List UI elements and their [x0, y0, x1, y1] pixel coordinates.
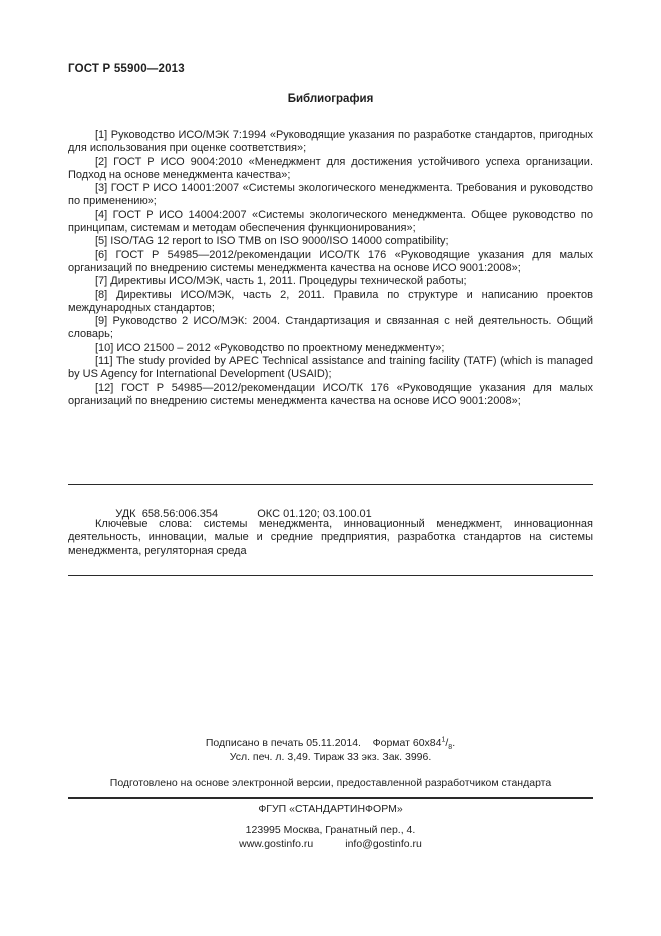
publisher-address: 123995 Москва, Гранатный пер., 4. [68, 824, 593, 837]
publisher-contacts: www.gostinfo.ru info@gostinfo.ru [68, 838, 593, 851]
page-body: ГОСТ Р 55900—2013 Библиография [1] Руков… [0, 0, 661, 408]
keywords-divider [68, 575, 593, 576]
bibliography-item: [12] ГОСТ Р 54985—2012/рекомендации ИСО/… [68, 382, 593, 409]
bibliography-item: [9] Руководство 2 ИСО/МЭК: 2004. Стандар… [68, 315, 593, 342]
bibliography-item: [3] ГОСТ Р ИСО 14001:2007 «Системы эколо… [68, 182, 593, 209]
keywords-paragraph: Ключевые слова: системы менеджмента, инн… [68, 518, 593, 558]
bibliography-item: [11] The study provided by APEC Technica… [68, 355, 593, 382]
bibliography-item: [8] Директивы ИСО/МЭК, часть 2, 2011. Пр… [68, 289, 593, 316]
imprint-block: Подписано в печать 05.11.2014. Формат 60… [0, 737, 661, 764]
footer: ФГУП «СТАНДАРТИНФОРМ» 123995 Москва, Гра… [68, 797, 593, 851]
bibliography-list: [1] Руководство ИСО/МЭК 7:1994 «Руководя… [68, 129, 593, 408]
print-info-suffix: . [452, 737, 455, 749]
bibliography-item: [4] ГОСТ Р ИСО 14004:2007 «Системы эколо… [68, 209, 593, 236]
page-title: Библиография [68, 92, 593, 106]
bibliography-item: [1] Руководство ИСО/МЭК 7:1994 «Руководя… [68, 129, 593, 156]
prepared-note: Подготовлено на основе электронной верси… [0, 777, 661, 790]
print-run-line: Усл. печ. л. 3,49. Тираж 33 экз. Зак. 39… [0, 751, 661, 765]
bibliography-item: [2] ГОСТ Р ИСО 9004:2010 «Менеджмент для… [68, 156, 593, 183]
print-info-line: Подписано в печать 05.11.2014. Формат 60… [0, 737, 661, 751]
document-page: ГОСТ Р 55900—2013 Библиография [1] Руков… [0, 0, 661, 936]
bibliography-item: [5] ISO/TAG 12 report to ISO TMB on ISO … [68, 235, 593, 248]
bibliography-item: [7] Директивы ИСО/МЭК, часть 1, 2011. Пр… [68, 275, 593, 288]
publisher-name: ФГУП «СТАНДАРТИНФОРМ» [68, 803, 593, 816]
publisher-email: info@gostinfo.ru [345, 838, 422, 851]
publisher-website: www.gostinfo.ru [239, 838, 313, 851]
bibliography-item: [10] ИСО 21500 – 2012 «Руководство по пр… [68, 342, 593, 355]
classification-divider [68, 484, 593, 485]
bibliography-item: [6] ГОСТ Р 54985—2012/рекомендации ИСО/Т… [68, 249, 593, 276]
print-info-prefix: Подписано в печать 05.11.2014. Формат 60… [206, 737, 442, 749]
document-code: ГОСТ Р 55900—2013 [68, 62, 593, 76]
